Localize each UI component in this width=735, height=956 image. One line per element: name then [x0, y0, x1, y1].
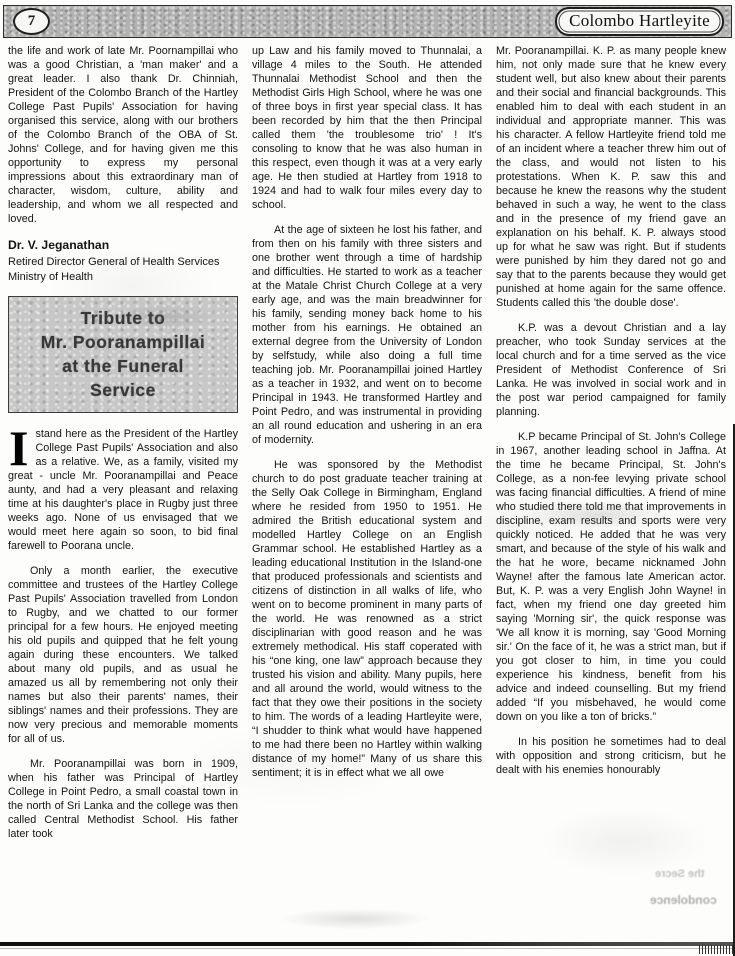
- paragraph-text: stand here as the President of the Hartl…: [8, 428, 238, 552]
- author-ministry: Ministry of Health: [8, 270, 238, 285]
- column-3: Mr. Pooranampillai. K. P. as many people…: [496, 44, 726, 946]
- bottom-rule-shadow: [0, 948, 735, 949]
- bottom-horizontal-rule: [0, 942, 735, 946]
- page-number-badge: 7: [13, 8, 50, 35]
- paragraph: Only a month earlier, the executive comm…: [8, 564, 238, 746]
- article-title-box: Tribute to Mr. Pooranampillai at the Fun…: [8, 296, 238, 413]
- drop-cap: I: [9, 429, 28, 468]
- paragraph: In his position he sometimes had to deal…: [496, 735, 726, 777]
- article-body: the life and work of late Mr. Poornampil…: [8, 44, 726, 946]
- paragraph: At the age of sixteen he lost his father…: [252, 223, 482, 447]
- article-title-line: at the Funeral: [13, 354, 233, 378]
- dropcap-paragraph: Istand here as the President of the Hart…: [8, 427, 238, 553]
- column-1: the life and work of late Mr. Poornampil…: [8, 44, 238, 946]
- page-number: 7: [28, 13, 36, 30]
- article-title-line: Mr. Pooranampillai: [13, 330, 233, 354]
- page-header: 7 Colombo Hartleyite: [3, 5, 732, 38]
- paragraph-continuation: up Law and his family moved to Thunnalai…: [252, 44, 482, 212]
- author-name: Dr. V. Jeganathan: [8, 237, 238, 253]
- paragraph: Mr. Pooranampillai was born in 1909, whe…: [8, 757, 238, 841]
- bottom-right-hatch-mark: [699, 945, 733, 954]
- masthead-text: Colombo Hartleyite: [569, 11, 710, 30]
- signature-block: Dr. V. Jeganathan Retired Director Gener…: [8, 237, 238, 284]
- article-title-line: Tribute to: [13, 306, 233, 330]
- paragraph: He was sponsored by the Methodist church…: [252, 458, 482, 780]
- column-2: up Law and his family moved to Thunnalai…: [252, 44, 482, 946]
- paragraph-continuation: Mr. Pooranampillai. K. P. as many people…: [496, 44, 726, 310]
- author-title: Retired Director General of Health Servi…: [8, 255, 238, 270]
- masthead-title: Colombo Hartleyite: [555, 7, 724, 36]
- article-title-line: Service: [13, 378, 233, 402]
- paragraph: K.P. was a devout Christian and a lay pr…: [496, 321, 726, 419]
- paragraph: K.P became Principal of St. John's Colle…: [496, 430, 726, 724]
- paragraph-continuation: the life and work of late Mr. Poornampil…: [8, 44, 238, 226]
